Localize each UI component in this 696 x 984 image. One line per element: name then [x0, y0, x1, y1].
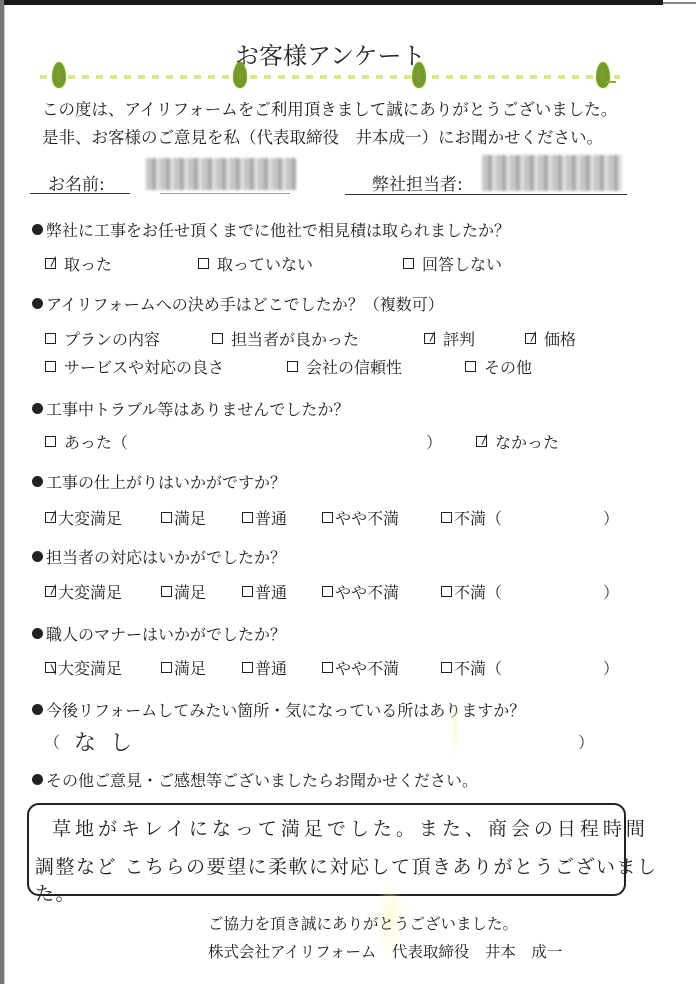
leaf-stem-icon: [606, 81, 616, 83]
checkbox-checked[interactable]: [525, 333, 536, 344]
checkbox[interactable]: [322, 512, 333, 523]
question-1: 弊社に工事をお任せ頂くまでに他社で相見積は取られましたか？: [32, 218, 510, 241]
bullet-icon: [32, 403, 43, 414]
q6-option-very-satisfied[interactable]: 大変満足: [45, 656, 122, 679]
name-label: お名前:: [48, 170, 105, 195]
name-field-redacted: [146, 158, 296, 190]
question-8-text: その他ご意見・ご感想等ございましたらお聞かせください。: [46, 771, 478, 790]
option-label: あった（: [64, 430, 128, 453]
intro-line-1: この度は、アイリフォームをご利用頂きまして誠にありがとうございました。: [42, 96, 617, 120]
q2-option-service[interactable]: サービスや対応の良さ: [45, 355, 224, 378]
option-label: 普通: [255, 656, 287, 679]
name-underline: [30, 193, 130, 194]
q3-option-had-trouble[interactable]: あった（: [45, 430, 128, 453]
checkbox-checked[interactable]: [424, 333, 435, 344]
option-label: やや不満: [335, 656, 399, 679]
footer-signature: 株式会社アイリフォーム 代表取締役 井本 成一: [208, 940, 562, 962]
option-label: なかった: [495, 430, 559, 453]
checkbox[interactable]: [161, 512, 172, 523]
q1-option-no-answer[interactable]: 回答しない: [403, 252, 502, 275]
bullet-icon: [32, 774, 43, 785]
question-3: 工事中トラブル等はありませんでしたか？: [32, 397, 349, 420]
q5-option-very-satisfied[interactable]: 大変満足: [45, 580, 122, 603]
option-label: 不満（: [454, 656, 502, 679]
question-4: 工事の仕上がりはいかがですか？: [32, 470, 286, 493]
q7-open-paren: （: [44, 730, 60, 753]
bullet-icon: [32, 476, 43, 487]
q4-option-very-satisfied[interactable]: 大変満足: [45, 506, 122, 529]
decorative-dotted-line: [40, 75, 620, 79]
q5-option-somewhat-dissatisfied[interactable]: やや不満: [322, 580, 399, 603]
checkbox[interactable]: [441, 662, 452, 673]
checkbox[interactable]: [441, 586, 452, 597]
q4-option-dissatisfied[interactable]: 不満（: [441, 506, 502, 529]
checkbox-checked[interactable]: [45, 586, 56, 597]
q2-option-price[interactable]: 価格: [525, 327, 576, 350]
question-8: その他ご意見・ご感想等ございましたらお聞かせください。: [32, 768, 478, 791]
q6-option-neutral[interactable]: 普通: [242, 656, 287, 679]
option-label: サービスや対応の良さ: [64, 355, 224, 378]
checkbox[interactable]: [45, 361, 56, 372]
leaf-icon: [233, 62, 247, 88]
option-label: その他: [484, 355, 532, 378]
option-label: やや不満: [335, 580, 399, 603]
question-4-text: 工事の仕上がりはいかがですか？: [46, 473, 286, 492]
leaf-icon: [596, 62, 610, 88]
question-6-text: 職人のマナーはいかがでしたか？: [46, 625, 286, 644]
option-label: プランの内容: [64, 327, 160, 350]
option-label: 不満（: [454, 506, 502, 529]
checkbox[interactable]: [441, 512, 452, 523]
checkbox[interactable]: [322, 662, 333, 673]
q4-option-somewhat-dissatisfied[interactable]: やや不満: [322, 506, 399, 529]
scan-smudge: [450, 700, 460, 760]
question-1-text: 弊社に工事をお任せ頂くまでに他社で相見積は取られましたか？: [46, 221, 510, 240]
checkbox[interactable]: [242, 586, 253, 597]
scan-border-top: [0, 0, 663, 5]
checkbox[interactable]: [242, 512, 253, 523]
question-3-text: 工事中トラブル等はありませんでしたか？: [46, 400, 349, 419]
q5-option-neutral[interactable]: 普通: [242, 580, 287, 603]
q6-option-somewhat-dissatisfied[interactable]: やや不満: [322, 656, 399, 679]
checkbox-checked[interactable]: [476, 436, 487, 447]
option-label: 大変満足: [58, 506, 122, 529]
footer-thanks: ご協力を頂き誠にありがとうございました。: [208, 912, 518, 934]
checkbox[interactable]: [287, 361, 298, 372]
checkbox[interactable]: [198, 258, 209, 269]
option-label: 評判: [443, 327, 475, 350]
q2-option-reputation[interactable]: 評判: [424, 327, 475, 350]
q2-option-reliability[interactable]: 会社の信頼性: [287, 355, 402, 378]
q6-option-dissatisfied[interactable]: 不満（: [441, 656, 502, 679]
option-label: 価格: [544, 327, 576, 350]
q5-close-paren: ）: [603, 580, 619, 603]
q5-option-dissatisfied[interactable]: 不満（: [441, 580, 502, 603]
q4-option-neutral[interactable]: 普通: [242, 506, 287, 529]
checkbox[interactable]: [45, 436, 56, 447]
q2-option-staff[interactable]: 担当者が良かった: [212, 327, 359, 350]
checkbox[interactable]: [242, 662, 253, 673]
option-label: 満足: [174, 580, 206, 603]
q4-close-paren: ）: [603, 506, 619, 529]
q7-close-paren: ）: [578, 730, 594, 753]
question-2-text: アイリフォームへの決め手はどこでしたか？（複数可）: [46, 295, 444, 314]
question-5-text: 担当者の対応はいかがでしたか？: [46, 548, 286, 567]
option-label: 回答しない: [422, 252, 502, 275]
option-label: 担当者が良かった: [231, 327, 359, 350]
leaf-icon: [52, 62, 66, 88]
leaf-icon: [412, 62, 426, 88]
checkbox[interactable]: [212, 333, 223, 344]
staff-underline: [345, 194, 627, 195]
option-label: 普通: [255, 506, 287, 529]
comment-line-1: 草地がキレイになって満足でした。また、商会の日程時間: [52, 814, 649, 841]
option-label: 普通: [255, 580, 287, 603]
name-underline-2: [160, 193, 290, 194]
checkbox-checked[interactable]: [45, 662, 56, 673]
option-label: 満足: [174, 656, 206, 679]
survey-title: お客様アンケート: [235, 36, 426, 71]
q5-option-satisfied[interactable]: 満足: [161, 580, 206, 603]
q1-option-taken[interactable]: 取った: [45, 252, 112, 275]
checkbox[interactable]: [465, 361, 476, 372]
option-label: 会社の信頼性: [306, 355, 402, 378]
bullet-icon: [32, 704, 43, 715]
option-label: 大変満足: [58, 580, 122, 603]
option-label: 不満（: [454, 580, 502, 603]
option-label: やや不満: [335, 506, 399, 529]
intro-line-2: 是非、お客様のご意見を私（代表取締役 井本成一）にお聞かせください。: [42, 124, 603, 148]
scan-border-left-inner: [4, 5, 5, 984]
question-5: 担当者の対応はいかがでしたか？: [32, 545, 286, 568]
q2-option-plan[interactable]: プランの内容: [45, 327, 160, 350]
checkbox[interactable]: [403, 258, 414, 269]
bullet-icon: [32, 628, 43, 639]
question-6: 職人のマナーはいかがでしたか？: [32, 622, 286, 645]
option-label: 取った: [64, 252, 112, 275]
checkbox[interactable]: [161, 586, 172, 597]
checkbox[interactable]: [161, 662, 172, 673]
checkbox-checked[interactable]: [45, 258, 56, 269]
q6-option-satisfied[interactable]: 満足: [161, 656, 206, 679]
q4-option-satisfied[interactable]: 満足: [161, 506, 206, 529]
checkbox[interactable]: [45, 333, 56, 344]
q2-option-other[interactable]: その他: [465, 355, 532, 378]
bullet-icon: [32, 551, 43, 562]
staff-label: 弊社担当者:: [372, 170, 463, 195]
q6-close-paren: ）: [603, 656, 619, 679]
comment-line-2: 調整など こちらの要望に柔軟に対応して頂きありがとうございました。: [35, 852, 696, 906]
q3-option-no-trouble[interactable]: なかった: [476, 430, 559, 453]
bullet-icon: [32, 224, 43, 235]
q3-close-paren: ）: [426, 430, 442, 453]
scan-border-top-right: [663, 2, 696, 4]
option-label: 満足: [174, 506, 206, 529]
checkbox[interactable]: [322, 586, 333, 597]
question-2: アイリフォームへの決め手はどこでしたか？（複数可）: [32, 292, 444, 315]
option-label: 取っていない: [217, 252, 313, 275]
option-label: 大変満足: [58, 656, 122, 679]
checkbox-checked[interactable]: [45, 512, 56, 523]
bullet-icon: [32, 298, 43, 309]
staff-field-redacted: [482, 155, 622, 191]
q7-handwritten-answer[interactable]: なし: [74, 726, 146, 757]
q1-option-not-taken[interactable]: 取っていない: [198, 252, 313, 275]
